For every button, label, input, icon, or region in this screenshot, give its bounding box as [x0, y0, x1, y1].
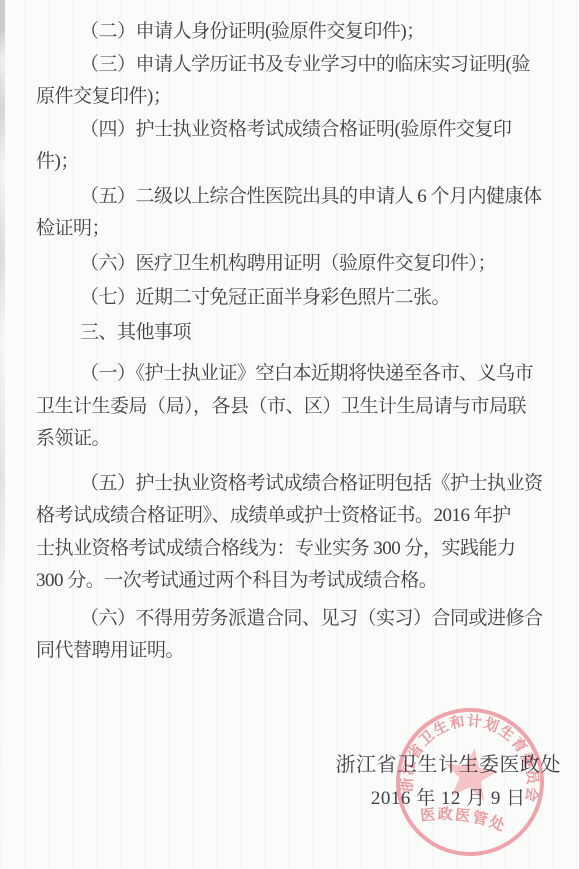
- paragraph-line: （六）不得用劳务派遣合同、见习（实习）合同或进修合: [36, 603, 559, 636]
- signature-block: 浙江省卫生计生委医政处 2016 年 12 月 9 日: [336, 752, 562, 812]
- document-body: （二）申请人身份证明(验原件交复印件)；（三）申请人学历证书及专业学习中的临床实…: [36, 16, 559, 668]
- paragraph-line: （二）申请人身份证明(验原件交复印件)；: [36, 16, 559, 49]
- paragraph-line: 同代替聘用证明。: [36, 635, 559, 668]
- paragraph-line: （七）近期二寸免冠正面半身彩色照片二张。: [36, 282, 559, 315]
- paragraph-line: 检证明；: [36, 213, 559, 246]
- paragraph: （三）申请人学历证书及专业学习中的临床实习证明(验原件交复印件)；: [36, 49, 559, 114]
- paragraph-line: （六）医疗卫生机构聘用证明（验原件交复印件）；: [36, 248, 559, 281]
- paragraph-line: 格考试成绩合格证明》、成绩单或护士资格证书。2016 年护: [36, 500, 559, 533]
- signature-date: 2016 年 12 月 9 日: [336, 786, 562, 812]
- scan-edge-noise: [0, 0, 5, 869]
- paragraph: 三、其他事项: [36, 317, 559, 350]
- paragraph: （七）近期二寸免冠正面半身彩色照片二张。: [36, 282, 559, 315]
- paragraph-line: （五）护士执业资格考试成绩合格证明包括《护士执业资: [36, 468, 559, 501]
- paragraph: （六）不得用劳务派遣合同、见习（实习）合同或进修合同代替聘用证明。: [36, 603, 559, 668]
- signature-org: 浙江省卫生计生委医政处: [336, 752, 562, 778]
- paragraph-line: 300 分。一次考试通过两个科目为考试成绩合格。: [36, 565, 559, 598]
- paragraph-line: （一）《护士执业证》空白本近期将快递至各市、义乌市: [36, 358, 559, 391]
- paragraph-line: （五）二级以上综合性医院出具的申请人 6 个月内健康体: [36, 181, 559, 214]
- paragraph-line: （三）申请人学历证书及专业学习中的临床实习证明(验: [36, 49, 559, 82]
- paragraph: （四）护士执业资格考试成绩合格证明(验原件交复印件)；: [36, 114, 559, 179]
- paragraph: （六）医疗卫生机构聘用证明（验原件交复印件）；: [36, 248, 559, 281]
- paragraph: （一）《护士执业证》空白本近期将快递至各市、义乌市卫生计生委局（局），各县（市、…: [36, 358, 559, 456]
- paragraph: （二）申请人身份证明(验原件交复印件)；: [36, 16, 559, 49]
- paragraph-line: 卫生计生委局（局），各县（市、区）卫生计生局请与市局联: [36, 391, 559, 424]
- paragraph: （五）二级以上综合性医院出具的申请人 6 个月内健康体检证明；: [36, 181, 559, 246]
- scanned-document-page: （二）申请人身份证明(验原件交复印件)；（三）申请人学历证书及专业学习中的临床实…: [0, 0, 579, 869]
- paragraph-line: 原件交复印件)；: [36, 81, 559, 114]
- paragraph-line: （四）护士执业资格考试成绩合格证明(验原件交复印: [36, 114, 559, 147]
- paragraph-line: 件)；: [36, 146, 559, 179]
- paragraph-line: 系领证。: [36, 423, 559, 456]
- paragraph-line: 士执业资格考试成绩合格线为：专业实务 300 分，实践能力: [36, 533, 559, 566]
- paragraph-line: 三、其他事项: [36, 317, 559, 350]
- paragraph: （五）护士执业资格考试成绩合格证明包括《护士执业资格考试成绩合格证明》、成绩单或…: [36, 468, 559, 598]
